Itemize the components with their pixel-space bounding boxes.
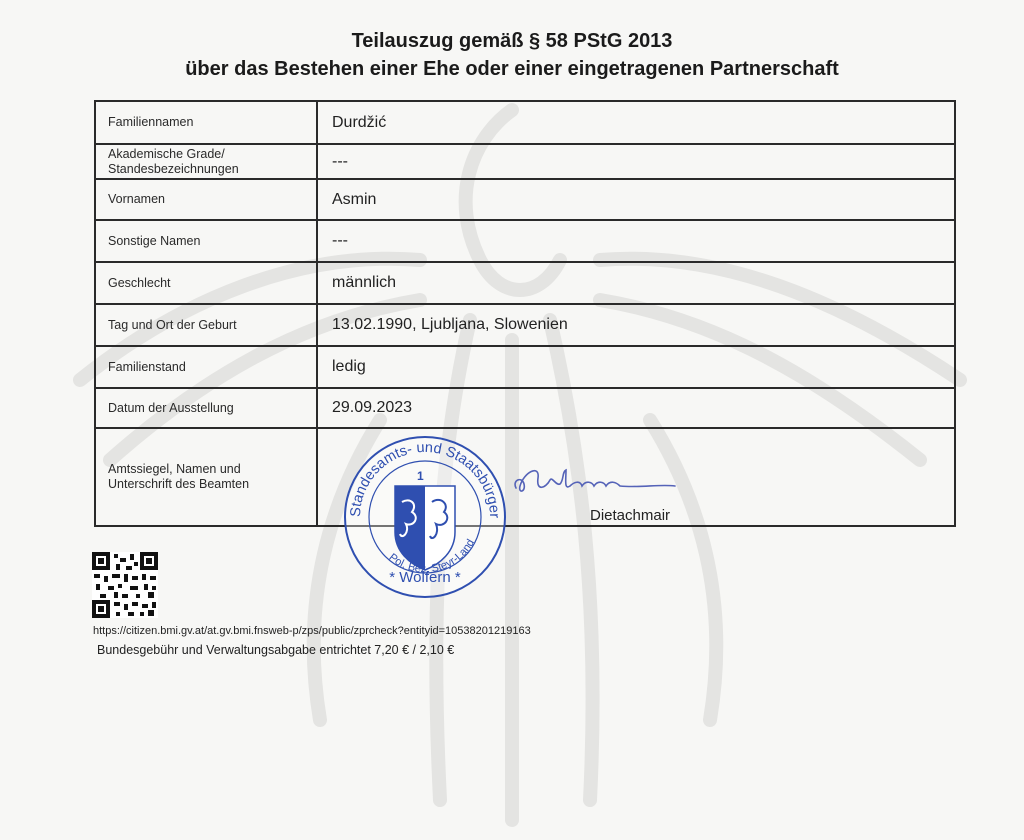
row-label: Amtssiegel, Namen und Unterschrift des B…	[95, 428, 317, 526]
official-name: Dietachmair	[590, 507, 670, 524]
table-row: Datum der Ausstellung 29.09.2023	[95, 388, 955, 428]
birth-date-place-value: 13.02.1990, Ljubljana, Slowenien	[317, 304, 955, 346]
row-label: Sonstige Namen	[95, 220, 317, 262]
verification-link[interactable]: https://citizen.bmi.gv.at/at.gv.bmi.fnsw…	[93, 625, 531, 637]
signature-icon	[510, 458, 680, 508]
row-label: Datum der Ausstellung	[95, 388, 317, 428]
qr-code-icon[interactable]	[92, 552, 158, 618]
table-row: Tag und Ort der Geburt 13.02.1990, Ljubl…	[95, 304, 955, 346]
official-stamp-icon: Standesamts- und Staatsbürgerschaftsverb…	[340, 432, 510, 602]
issue-date-value: 29.09.2023	[317, 388, 955, 428]
row-label: Familienstand	[95, 346, 317, 388]
first-name-value: Asmin	[317, 179, 955, 220]
academic-degree-value: ---	[317, 144, 955, 179]
row-label: Vornamen	[95, 179, 317, 220]
row-label: Tag und Ort der Geburt	[95, 304, 317, 346]
sex-value: männlich	[317, 262, 955, 304]
table-row: Akademische Grade/ Standesbezeichnungen …	[95, 144, 955, 179]
marital-status-value: ledig	[317, 346, 955, 388]
stamp-number: 1	[417, 469, 424, 483]
table-row: Familiennamen Durdžić	[95, 101, 955, 144]
row-label: Akademische Grade/ Standesbezeichnungen	[95, 144, 317, 179]
row-label: Geschlecht	[95, 262, 317, 304]
table-row: Vornamen Asmin	[95, 179, 955, 220]
table-row: Sonstige Namen ---	[95, 220, 955, 262]
other-names-value: ---	[317, 220, 955, 262]
row-label: Familiennamen	[95, 101, 317, 144]
document-title: Teilauszug gemäß § 58 PStG 2013	[0, 30, 1024, 53]
fee-note: Bundesgebühr und Verwaltungsabgabe entri…	[97, 643, 454, 657]
table-row: Geschlecht männlich	[95, 262, 955, 304]
table-row: Familienstand ledig	[95, 346, 955, 388]
family-name-value: Durdžić	[317, 101, 955, 144]
document-subtitle: über das Bestehen einer Ehe oder einer e…	[0, 58, 1024, 81]
